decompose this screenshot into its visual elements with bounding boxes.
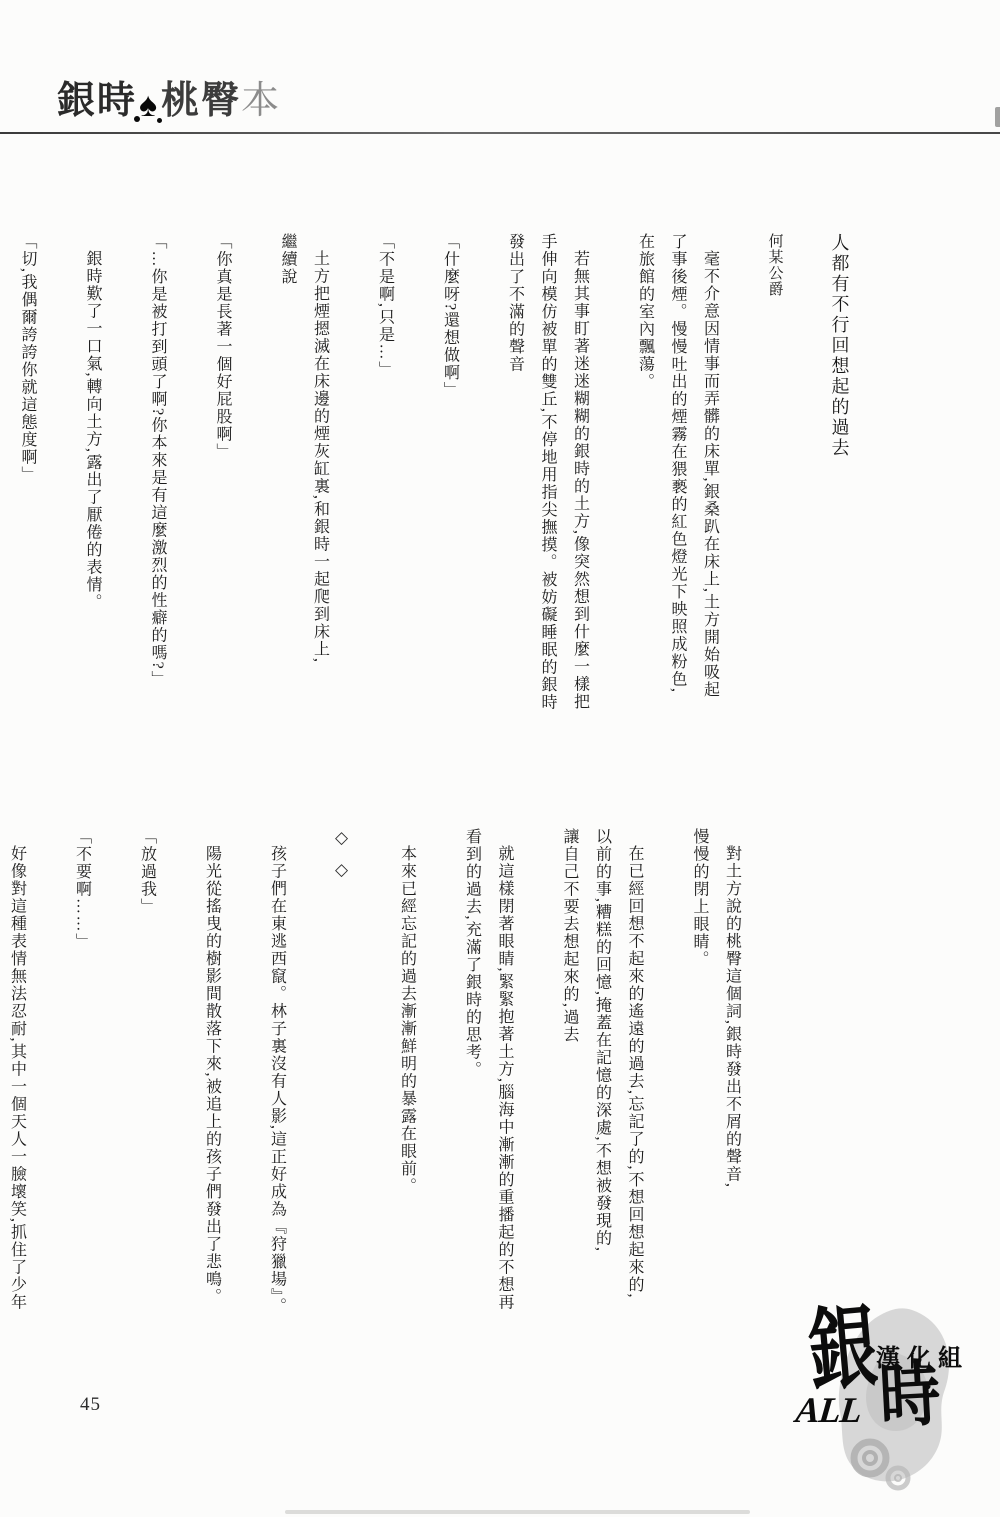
page: 銀時 ♠ 桃臀 本 人都有不行回想起的過去 何某公爵 毫不介意因情事而弄髒的床單… bbox=[0, 0, 1000, 1517]
story-author: 何某公爵 bbox=[758, 233, 791, 748]
paragraph: 孩子們在東逃西竄。林子裏沒有人影,這正好成為『狩獵場』。 bbox=[260, 828, 293, 1343]
paragraph: 陽光從搖曳的樹影間散落下來,被追上的孩子們發出了悲鳴。 bbox=[195, 828, 228, 1343]
paragraph: 若無其事盯著迷迷糊糊的銀時的土方,像突然想到什麼一樣把 手伸向模仿被單的雙丘,不… bbox=[498, 233, 596, 748]
scan-edge-artifact bbox=[995, 107, 1000, 127]
paragraph: 毫不介意因情事而弄髒的床單,銀桑趴在床上,土方開始吸起 了事後煙。慢慢吐出的煙霧… bbox=[628, 233, 726, 748]
paragraph: 銀時歎了一口氣,轉向土方,露出了厭倦的表情。 bbox=[76, 233, 109, 748]
header-rule bbox=[0, 132, 1000, 134]
stamp-char-gin: 銀 bbox=[805, 1303, 881, 1399]
paragraph: 好像對這種表情無法忍耐,其中一個天人一臉壞笑,抓住了少年 的領口把他提起來,長長… bbox=[0, 828, 33, 1343]
story-title: 人都有不行回想起的過去 bbox=[823, 233, 856, 748]
paragraph: 在已經回想不起來的遙遠的過去,忘記了的,不想回想起來的, 以前的事,糟糕的回憶,… bbox=[553, 828, 651, 1343]
paragraph: 就這樣閉著眼睛,緊緊抱著土方,腦海中漸漸的重播起的不想再 看到的過去,充滿了銀時… bbox=[455, 828, 520, 1343]
logo-text-hon: 本 bbox=[241, 82, 281, 120]
paragraph: 「放過我」 bbox=[130, 828, 163, 1343]
paragraph: 「…你是被打到頭了啊?你本來是有這麼激烈的性癖的嗎?」 bbox=[141, 233, 174, 748]
scanlation-stamp: 銀 漢化組 時 ALL bbox=[792, 1292, 999, 1507]
paragraph: 「什麼呀?還想做啊」 bbox=[433, 233, 466, 748]
paragraph: 「不要啊……」 bbox=[65, 828, 98, 1343]
spade-peach-icon: ♠ bbox=[139, 89, 159, 123]
text-block-1: 人都有不行回想起的過去 何某公爵 毫不介意因情事而弄髒的床單,銀桑趴在床上,土方… bbox=[0, 233, 888, 748]
logo-text-momojiri: 桃臀 bbox=[161, 82, 241, 120]
page-number: 45 bbox=[80, 1394, 101, 1416]
paragraph: 土方把煙摁滅在床邊的煙灰缸裏,和銀時一起爬到床上, 繼續說 bbox=[271, 233, 336, 748]
header-logo: 銀時 ♠ 桃臀 本 bbox=[57, 82, 281, 120]
paragraph: 本來已經忘記的過去漸漸鮮明的暴露在眼前。 bbox=[390, 828, 423, 1343]
stamp-char-toki: 時 bbox=[878, 1359, 942, 1434]
logo-text-gintoki: 銀時 bbox=[57, 82, 137, 120]
stamp-all-label: ALL bbox=[794, 1392, 863, 1428]
section-separator: ◇◇ bbox=[325, 828, 358, 1343]
paragraph: 「切,我偶爾誇誇你就這態度啊」 bbox=[11, 233, 44, 748]
scan-bottom-artifact bbox=[285, 1510, 750, 1514]
text-block-2: 對土方說的桃臀這個詞,銀時發出不屑的聲音, 慢慢的閉上眼睛。 在已經回想不起來的… bbox=[0, 828, 780, 1343]
paragraph: 對土方說的桃臀這個詞,銀時發出不屑的聲音, 慢慢的閉上眼睛。 bbox=[683, 828, 748, 1343]
paragraph: 「不是啊,只是…」 bbox=[368, 233, 401, 748]
paragraph: 「你真是長著一個好屁股啊」 bbox=[206, 233, 239, 748]
